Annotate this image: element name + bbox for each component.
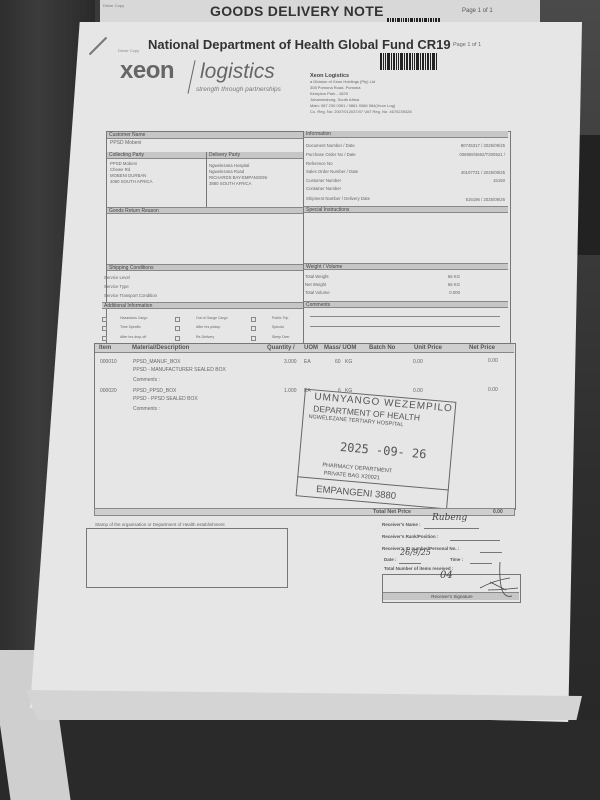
signature-scribble: [460, 560, 520, 605]
total-net-price-value: 0.00: [493, 509, 503, 515]
sleep-over-checkbox[interactable]: [251, 336, 256, 341]
col-net-price: Net Price: [469, 345, 495, 351]
logo-separator: [187, 60, 195, 93]
col-batch: Batch No: [369, 345, 395, 351]
comments-line: [310, 326, 500, 327]
public-trip-checkbox[interactable]: [251, 317, 256, 322]
collecting-party-header: Collecting Party: [107, 152, 206, 159]
delivery-note: Driver Copy National Department of Healt…: [0, 0, 600, 800]
after-hrs-dropoff-checkbox[interactable]: [102, 336, 107, 341]
document-title: National Department of Health Global Fun…: [148, 37, 451, 52]
col-mass-uom: Mass/ UOM: [324, 345, 356, 351]
container-number-label: Container Number: [306, 186, 341, 192]
after-hrs-pickup-checkbox[interactable]: [175, 326, 180, 331]
total-net-price-label: Total Net Price: [373, 509, 411, 515]
shipping-condition-labels: Service LevelService TypeService Transpo…: [104, 273, 157, 300]
sales-order-value: 40107731 / 2025/09/25: [420, 170, 505, 175]
date-handwritten: 26/9/25: [400, 548, 431, 557]
page-number: Page 1 of 1: [453, 42, 481, 48]
customer-number-value: 15150: [420, 178, 505, 183]
barcode: [380, 53, 448, 70]
information-labels: Document Number / DatePurchase Order No …: [306, 142, 370, 204]
weight-volume-header: Weight / Volume: [304, 263, 508, 270]
receiver-rank-label: Receiver's Rank/Position :: [382, 534, 438, 539]
receiver-name-handwritten: Rubeng: [432, 513, 467, 523]
col-item: Item: [99, 345, 111, 351]
company-address: Xeon Logistics a Division of Xeon Holdin…: [310, 73, 412, 115]
pen-mark: [89, 37, 107, 55]
collecting-party-address: PPSD MobeniChewe RdMOBENI DURBAN4060 SOU…: [110, 161, 153, 185]
customer-name-value: PPSD Mobeni: [110, 140, 141, 146]
receiver-name-label: Receiver's Name :: [382, 522, 421, 527]
party-divider: [206, 152, 207, 207]
information-header: Information: [304, 131, 508, 138]
out-of-gauge-checkbox[interactable]: [175, 317, 180, 322]
col-uom: UOM: [304, 345, 318, 351]
col-unit-price: Unit Price: [414, 345, 442, 351]
special-checkbox[interactable]: [251, 326, 256, 331]
customer-name-header: Customer Name: [107, 132, 303, 139]
stamp-box: [86, 528, 288, 588]
driver-copy-label: Driver Copy: [118, 48, 139, 53]
time-specific-checkbox[interactable]: [102, 326, 107, 331]
logo-brand: xeon: [120, 57, 174, 85]
logo-name: logistics: [200, 60, 275, 84]
comments-line: [310, 316, 500, 317]
column-divider: [303, 131, 304, 343]
delivery-party-header: Delivery Party: [207, 152, 303, 159]
weight-values: 66 KG66 KG0.000: [400, 273, 460, 297]
items-received-handwritten: 04: [440, 570, 453, 581]
date-label: Date :: [384, 557, 397, 562]
goods-return-header: Goods Return Reason: [107, 207, 303, 214]
document-number-value: 80745317 / 2025/09/25: [420, 143, 505, 148]
additional-info-header: Additional Information: [102, 302, 303, 309]
re-delivery-checkbox[interactable]: [175, 336, 180, 341]
shipping-conditions-header: Shipping Conditions: [107, 264, 303, 271]
col-quantity: Quantity /: [267, 345, 295, 351]
delivery-party-address: Ngwelezana HospitalNgwelezana RoadRICHAR…: [209, 163, 267, 187]
special-instructions-header: Special Instructions: [304, 206, 508, 213]
comments-header: Comments: [304, 301, 508, 308]
weight-labels: Total WeightNet WeightTotal Volume: [305, 273, 330, 297]
col-material: Material/Description: [132, 345, 189, 351]
hazardous-cargo-checkbox[interactable]: [102, 317, 107, 322]
logo-tagline: strength through partnerships: [196, 86, 281, 93]
purchase-order-value: 006959/3662/T200521 /: [420, 152, 505, 157]
hospital-stamp: UMNYANGO WEZEMPILO DEPARTMENT OF HEALTH …: [296, 389, 457, 510]
shipment-number-value: 516196 / 2025/09/26: [420, 197, 505, 202]
